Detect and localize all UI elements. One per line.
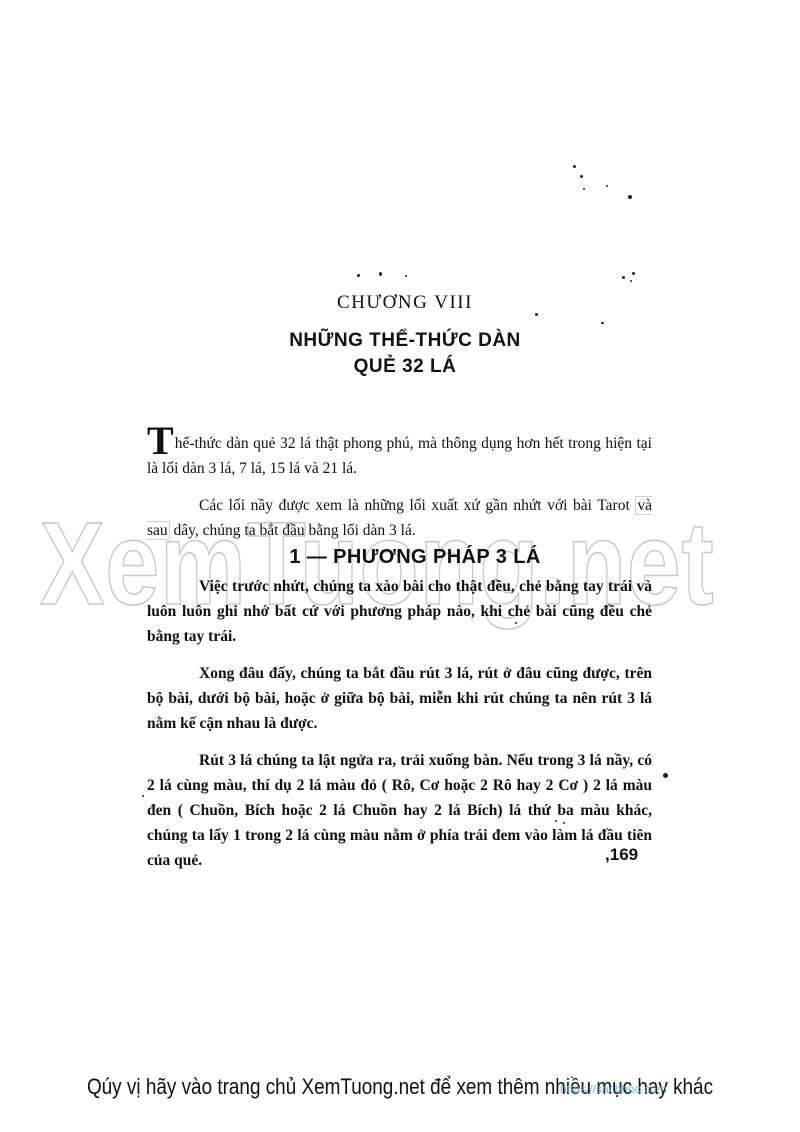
noise-speck	[630, 280, 632, 282]
intro-text: Thể-thức dàn quẻ 32 lá thật phong phú, m…	[147, 428, 652, 543]
noise-speck	[622, 276, 625, 279]
noise-speck	[628, 195, 632, 199]
chapter-title-line-1: NHỮNG THỂ-THỨC DÀN	[10, 328, 800, 354]
section-text: Việc trước nhứt, chúng ta xào bài cho th…	[147, 574, 652, 873]
noise-speck	[601, 322, 604, 324]
section-heading: 1 — PHƯƠNG PHÁP 3 LÁ	[0, 546, 800, 569]
noise-speck	[663, 773, 668, 778]
section-paragraph-2: Xong đâu đấy, chúng ta bắt đầu rút 3 lá,…	[147, 661, 652, 736]
chapter-title-line-2: QUẺ 32 LÁ	[10, 354, 800, 380]
intro-paragraph-1-text: hể-thức dàn quẻ 32 lá thật phong phú, mà…	[147, 435, 652, 477]
noise-speck	[583, 188, 585, 190]
page-number: ,169	[605, 845, 638, 865]
noise-speck	[379, 272, 382, 276]
drop-cap: T	[147, 418, 174, 463]
noise-speck	[405, 275, 407, 277]
intro-paragraph-2-part-2: dây, chúng ta bắt đầu bằng lối dàn 3 lá.	[170, 522, 416, 539]
footer-overlay-link[interactable]: https://sachhoc.com	[560, 1082, 667, 1096]
noise-speck	[580, 175, 583, 178]
noise-speck	[357, 274, 360, 277]
noise-speck	[573, 165, 576, 168]
noise-speck	[606, 185, 608, 187]
section-paragraph-1: Việc trước nhứt, chúng ta xào bài cho th…	[147, 574, 652, 649]
section-paragraph-3: Rút 3 lá chúng ta lật ngửa ra, trải xuốn…	[147, 748, 652, 873]
intro-paragraph-2-part-1: Các lối nầy được xem là những lối xuất x…	[199, 497, 635, 514]
chapter-title: NHỮNG THỂ-THỨC DÀN QUẺ 32 LÁ	[0, 328, 800, 380]
intro-paragraph-1: Thể-thức dàn quẻ 32 lá thật phong phú, m…	[147, 428, 652, 481]
noise-speck	[142, 795, 144, 797]
page-number-value: 169	[610, 845, 638, 864]
intro-paragraph-2: Các lối nầy được xem là những lối xuất x…	[147, 493, 652, 543]
chapter-label: CHƯƠNG VIII	[0, 292, 800, 314]
noise-speck	[632, 272, 635, 275]
scanned-book-page: XemTuong.net CHƯƠNG VIII NHỮNG THỂ-THỨC …	[0, 0, 800, 1132]
